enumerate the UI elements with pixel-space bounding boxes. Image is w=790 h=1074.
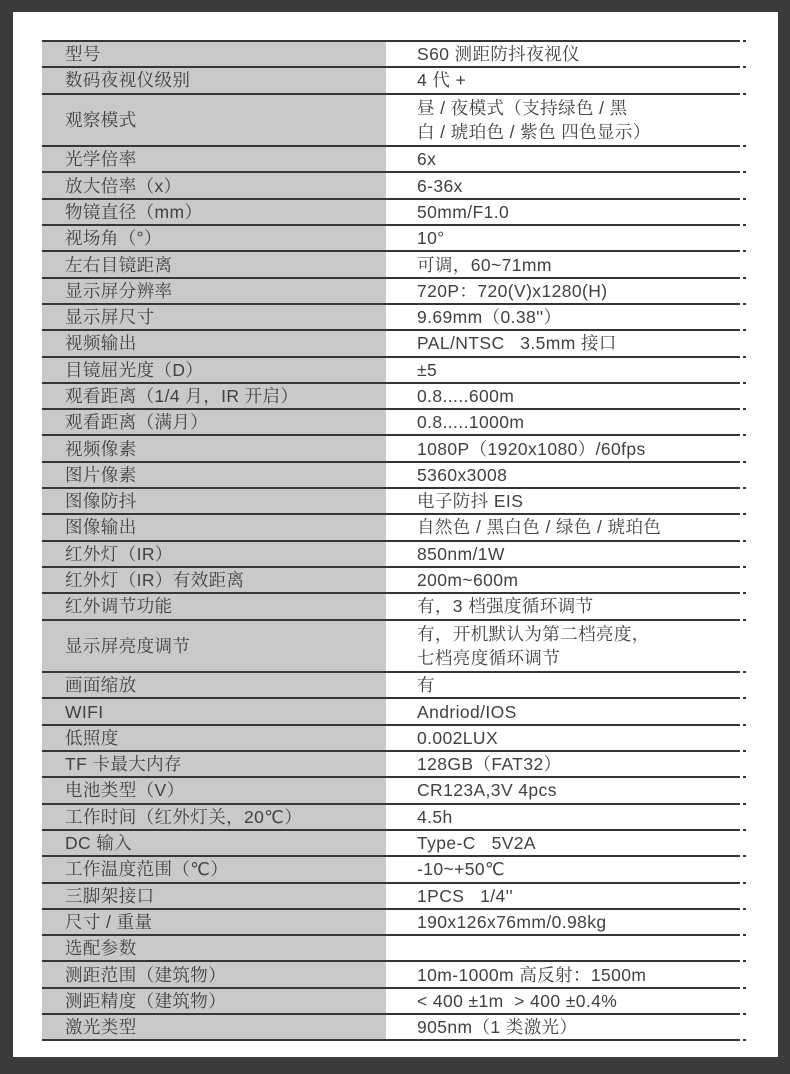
spec-value: 50mm/F1.0 <box>386 200 740 224</box>
spec-label: 放大倍率（x） <box>42 173 386 197</box>
table-row: 显示屏分辨率720P：720(V)x1280(H) <box>42 279 740 305</box>
spec-label: 三脚架接口 <box>42 884 386 908</box>
spec-value: 5360x3008 <box>386 463 740 487</box>
table-row: 物镜直径（mm）50mm/F1.0 <box>42 200 740 226</box>
spec-value: 10° <box>386 226 740 250</box>
table-row: 画面缩放有 <box>42 673 740 699</box>
spec-label: 物镜直径（mm） <box>42 200 386 224</box>
spec-value: 0.8.....1000m <box>386 410 740 434</box>
spec-label: 目镜屈光度（D） <box>42 358 386 382</box>
table-row: 尺寸 / 重量190x126x76mm/0.98kg <box>42 910 740 936</box>
table-row: DC 输入Type-C 5V2A <box>42 831 740 857</box>
spec-value: 自然色 / 黑白色 / 绿色 / 琥珀色 <box>386 515 740 539</box>
spec-value: 720P：720(V)x1280(H) <box>386 279 740 303</box>
spec-value: 6-36x <box>386 173 740 197</box>
spec-label: 画面缩放 <box>42 673 386 697</box>
spec-value: 0.8.....600m <box>386 384 740 408</box>
spec-label: 视频像素 <box>42 436 386 460</box>
spec-label: WIFI <box>42 699 386 723</box>
spec-value: 1PCS 1/4'' <box>386 884 740 908</box>
spec-value: -10~+50℃ <box>386 857 740 881</box>
spec-value: 有 <box>386 673 740 697</box>
table-row: 工作温度范围（℃）-10~+50℃ <box>42 857 740 883</box>
spec-value: 0.002LUX <box>386 726 740 750</box>
table-row: 目镜屈光度（D）±5 <box>42 358 740 384</box>
spec-value: 128GB（FAT32） <box>386 752 740 776</box>
spec-value: < 400 ±1m > 400 ±0.4% <box>386 989 740 1013</box>
table-row: 视场角（°）10° <box>42 226 740 252</box>
table-row: 光学倍率6x <box>42 147 740 173</box>
spec-value: 9.69mm（0.38''） <box>386 305 740 329</box>
spec-label: 红外灯（IR） <box>42 542 386 566</box>
table-row: 显示屏尺寸9.69mm（0.38''） <box>42 305 740 331</box>
spec-value: 200m~600m <box>386 568 740 592</box>
table-row: 红外调节功能有，3 档强度循环调节 <box>42 594 740 620</box>
spec-label: 观看距离（1/4 月，IR 开启） <box>42 384 386 408</box>
table-row: WIFIAndriod/IOS <box>42 699 740 725</box>
spec-label: TF 卡最大内存 <box>42 752 386 776</box>
spec-value: 1080P（1920x1080）/60fps <box>386 436 740 460</box>
table-row: 图像输出自然色 / 黑白色 / 绿色 / 琥珀色 <box>42 515 740 541</box>
table-row: 显示屏亮度调节有，开机默认为第二档亮度， 七档亮度循环调节 <box>42 621 740 674</box>
table-row: 观看距离（满月）0.8.....1000m <box>42 410 740 436</box>
spec-label: 型号 <box>42 42 386 66</box>
spec-label: 工作时间（红外灯关，20℃） <box>42 805 386 829</box>
spec-label: 视场角（°） <box>42 226 386 250</box>
table-row: 测距精度（建筑物）< 400 ±1m > 400 ±0.4% <box>42 989 740 1015</box>
spec-value <box>386 936 740 960</box>
table-row: 三脚架接口1PCS 1/4'' <box>42 884 740 910</box>
table-row: 图像防抖电子防抖 EIS <box>42 489 740 515</box>
spec-value: 有，3 档强度循环调节 <box>386 594 740 618</box>
spec-label: 激光类型 <box>42 1015 386 1039</box>
spec-value: 190x126x76mm/0.98kg <box>386 910 740 934</box>
table-row: 电池类型（V）CR123A,3V 4pcs <box>42 778 740 804</box>
table-row: 激光类型905nm（1 类激光） <box>42 1015 740 1041</box>
spec-value: 4 代 + <box>386 68 740 92</box>
table-row: 左右目镜距离可调，60~71mm <box>42 252 740 278</box>
spec-label: 选配参数 <box>42 936 386 960</box>
spec-label: 左右目镜距离 <box>42 252 386 276</box>
spec-label: 视频输出 <box>42 331 386 355</box>
spec-value: CR123A,3V 4pcs <box>386 778 740 802</box>
spec-value: Andriod/IOS <box>386 699 740 723</box>
spec-value: 905nm（1 类激光） <box>386 1015 740 1039</box>
spec-label: 尺寸 / 重量 <box>42 910 386 934</box>
spec-label: 观看距离（满月） <box>42 410 386 434</box>
spec-value: 有，开机默认为第二档亮度， 七档亮度循环调节 <box>386 621 740 672</box>
spec-label: 电池类型（V） <box>42 778 386 802</box>
spec-label: 显示屏尺寸 <box>42 305 386 329</box>
spec-label: 观察模式 <box>42 95 386 146</box>
table-row: 放大倍率（x）6-36x <box>42 173 740 199</box>
spec-label: 显示屏分辨率 <box>42 279 386 303</box>
table-row: 图片像素5360x3008 <box>42 463 740 489</box>
table-row: 数码夜视仪级别4 代 + <box>42 68 740 94</box>
spec-label: 图像防抖 <box>42 489 386 513</box>
spec-sheet-page: 型号S60 测距防抖夜视仪数码夜视仪级别4 代 +观察模式昼 / 夜模式（支持绿… <box>13 12 778 1057</box>
table-row: 红外灯（IR）有效距离200m~600m <box>42 568 740 594</box>
spec-label: 低照度 <box>42 726 386 750</box>
spec-label: 红外调节功能 <box>42 594 386 618</box>
spec-value: 4.5h <box>386 805 740 829</box>
spec-label: 图像输出 <box>42 515 386 539</box>
spec-value: ±5 <box>386 358 740 382</box>
table-row: 测距范围（建筑物）10m-1000m 高反射：1500m <box>42 962 740 988</box>
spec-value: 昼 / 夜模式（支持绿色 / 黑 白 / 琥珀色 / 紫色 四色显示） <box>386 95 740 146</box>
spec-value: Type-C 5V2A <box>386 831 740 855</box>
table-row: 型号S60 测距防抖夜视仪 <box>42 42 740 68</box>
table-row: 选配参数 <box>42 936 740 962</box>
table-row: 工作时间（红外灯关，20℃）4.5h <box>42 805 740 831</box>
spec-value: 电子防抖 EIS <box>386 489 740 513</box>
table-row: 视频像素1080P（1920x1080）/60fps <box>42 436 740 462</box>
spec-label: DC 输入 <box>42 831 386 855</box>
table-row: TF 卡最大内存128GB（FAT32） <box>42 752 740 778</box>
spec-label: 光学倍率 <box>42 147 386 171</box>
table-row: 视频输出PAL/NTSC 3.5mm 接口 <box>42 331 740 357</box>
spec-value: 850nm/1W <box>386 542 740 566</box>
spec-label: 显示屏亮度调节 <box>42 621 386 672</box>
spec-value: 10m-1000m 高反射：1500m <box>386 962 740 986</box>
spec-label: 数码夜视仪级别 <box>42 68 386 92</box>
spec-label: 图片像素 <box>42 463 386 487</box>
spec-table: 型号S60 测距防抖夜视仪数码夜视仪级别4 代 +观察模式昼 / 夜模式（支持绿… <box>42 40 740 1041</box>
spec-value: 可调，60~71mm <box>386 252 740 276</box>
spec-label: 红外灯（IR）有效距离 <box>42 568 386 592</box>
table-row: 红外灯（IR）850nm/1W <box>42 542 740 568</box>
spec-label: 测距精度（建筑物） <box>42 989 386 1013</box>
table-row: 观察模式昼 / 夜模式（支持绿色 / 黑 白 / 琥珀色 / 紫色 四色显示） <box>42 95 740 148</box>
spec-label: 测距范围（建筑物） <box>42 962 386 986</box>
spec-value: PAL/NTSC 3.5mm 接口 <box>386 331 740 355</box>
spec-value: S60 测距防抖夜视仪 <box>386 42 740 66</box>
spec-label: 工作温度范围（℃） <box>42 857 386 881</box>
spec-value: 6x <box>386 147 740 171</box>
table-row: 观看距离（1/4 月，IR 开启）0.8.....600m <box>42 384 740 410</box>
table-row: 低照度0.002LUX <box>42 726 740 752</box>
